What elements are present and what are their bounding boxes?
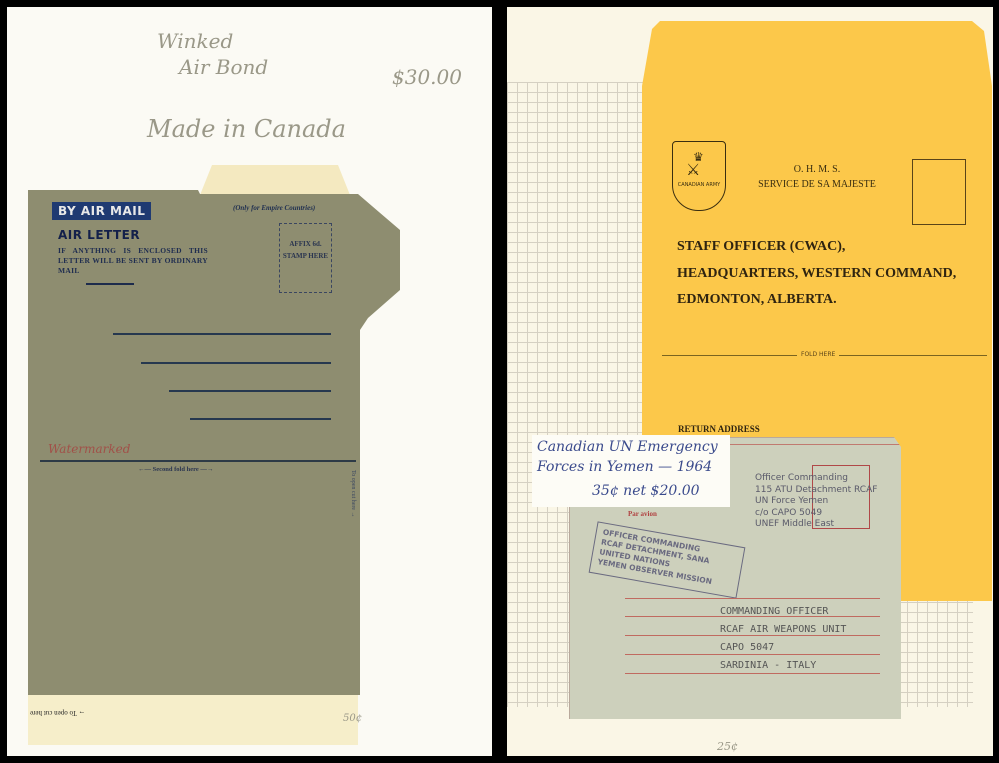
- pencil-note-made-in-canada: Made in Canada: [147, 115, 346, 143]
- address-line: [625, 654, 880, 655]
- sender-line: Officer Commanding: [755, 473, 877, 485]
- price-mark: 50¢: [343, 713, 362, 724]
- air-letter-title: AIR LETTER: [58, 228, 140, 242]
- sender-line: c/o CAPO 5049: [755, 508, 877, 520]
- address-line-3: EDMONTON, ALBERTA.: [677, 292, 837, 308]
- pencil-price: $30.00: [392, 65, 462, 89]
- watermarked-note: Watermarked: [48, 442, 130, 456]
- note-line-2: Forces in Yemen — 1964: [537, 459, 712, 475]
- pencil-note-air-bond: Air Bond: [179, 55, 268, 79]
- by-air-mail-banner: BY AIR MAIL: [52, 202, 151, 220]
- sender-line: UN Force Yemen: [755, 496, 877, 508]
- fold-line: [40, 460, 356, 462]
- return-address-label: RETURN ADDRESS: [678, 424, 760, 434]
- top-flap: [200, 165, 350, 195]
- enclosed-warning: IF ANYTHING IS ENCLOSED THIS LETTER WILL…: [58, 246, 208, 276]
- fold-here-label: FOLD HERE: [797, 351, 839, 358]
- address-line: [625, 673, 880, 674]
- sender-address: Officer Commanding 115 ATU Detachment RC…: [755, 473, 877, 531]
- sender-line: 115 ATU Detachment RCAF: [755, 485, 877, 497]
- divider: [86, 283, 134, 285]
- recipient-line: CAPO 5047: [720, 642, 774, 653]
- price-mark: 25¢: [717, 740, 738, 753]
- bottom-flap: → To open cut here 50¢: [28, 695, 358, 745]
- pencil-note-winked: Winked: [157, 29, 233, 53]
- address-line: [113, 333, 331, 335]
- stamp-box: [912, 159, 966, 225]
- sender-line: UNEF Middle East: [755, 519, 877, 531]
- air-letter-aerogramme: BY AIR MAIL (Only for Empire Countries) …: [28, 157, 403, 752]
- address-line-1: STAFF OFFICER (CWAC),: [677, 239, 845, 255]
- address-line-2: HEADQUARTERS, WESTERN COMMAND,: [677, 266, 956, 282]
- recipient-line: RCAF AIR WEAPONS UNIT: [720, 624, 846, 635]
- official-cachet-stamp: OFFICER COMMANDING RCAF DETACHMENT, SANA…: [589, 521, 746, 598]
- recipient-line: SARDINIA - ITALY: [720, 660, 816, 671]
- handwritten-note-slip: Canadian UN Emergency Forces in Yemen — …: [532, 435, 730, 507]
- address-line: [141, 362, 331, 364]
- cut-here-bottom-label: → To open cut here: [30, 709, 85, 717]
- address-line: [625, 598, 880, 599]
- par-avion-label: Par avion: [628, 510, 657, 518]
- note-line-3: 35¢ net $20.00: [592, 483, 700, 499]
- cut-here-side-label: To open cut here →: [350, 470, 356, 518]
- right-album-page: ♛ ⚔ CANADIAN ARMY O. H. M. S. SERVICE DE…: [507, 7, 993, 756]
- address-line: [625, 635, 880, 636]
- canadian-army-badge-icon: ♛ ⚔ CANADIAN ARMY: [672, 141, 726, 211]
- address-line: [169, 390, 331, 392]
- stamp-box-text: AFFIX 6d. STAMP HERE: [280, 238, 331, 262]
- second-fold-label: ←— Second fold here —→: [138, 466, 213, 473]
- recipient-line: COMMANDING OFFICER: [720, 606, 828, 617]
- note-line-1: Canadian UN Emergency: [537, 439, 718, 455]
- address-line: [190, 418, 331, 420]
- aerogramme-body: BY AIR MAIL (Only for Empire Countries) …: [28, 190, 400, 695]
- left-album-page: Winked Air Bond $30.00 Made in Canada BY…: [7, 7, 492, 756]
- stamp-box: AFFIX 6d. STAMP HERE: [279, 223, 332, 293]
- empire-countries-note: (Only for Empire Countries): [233, 204, 315, 212]
